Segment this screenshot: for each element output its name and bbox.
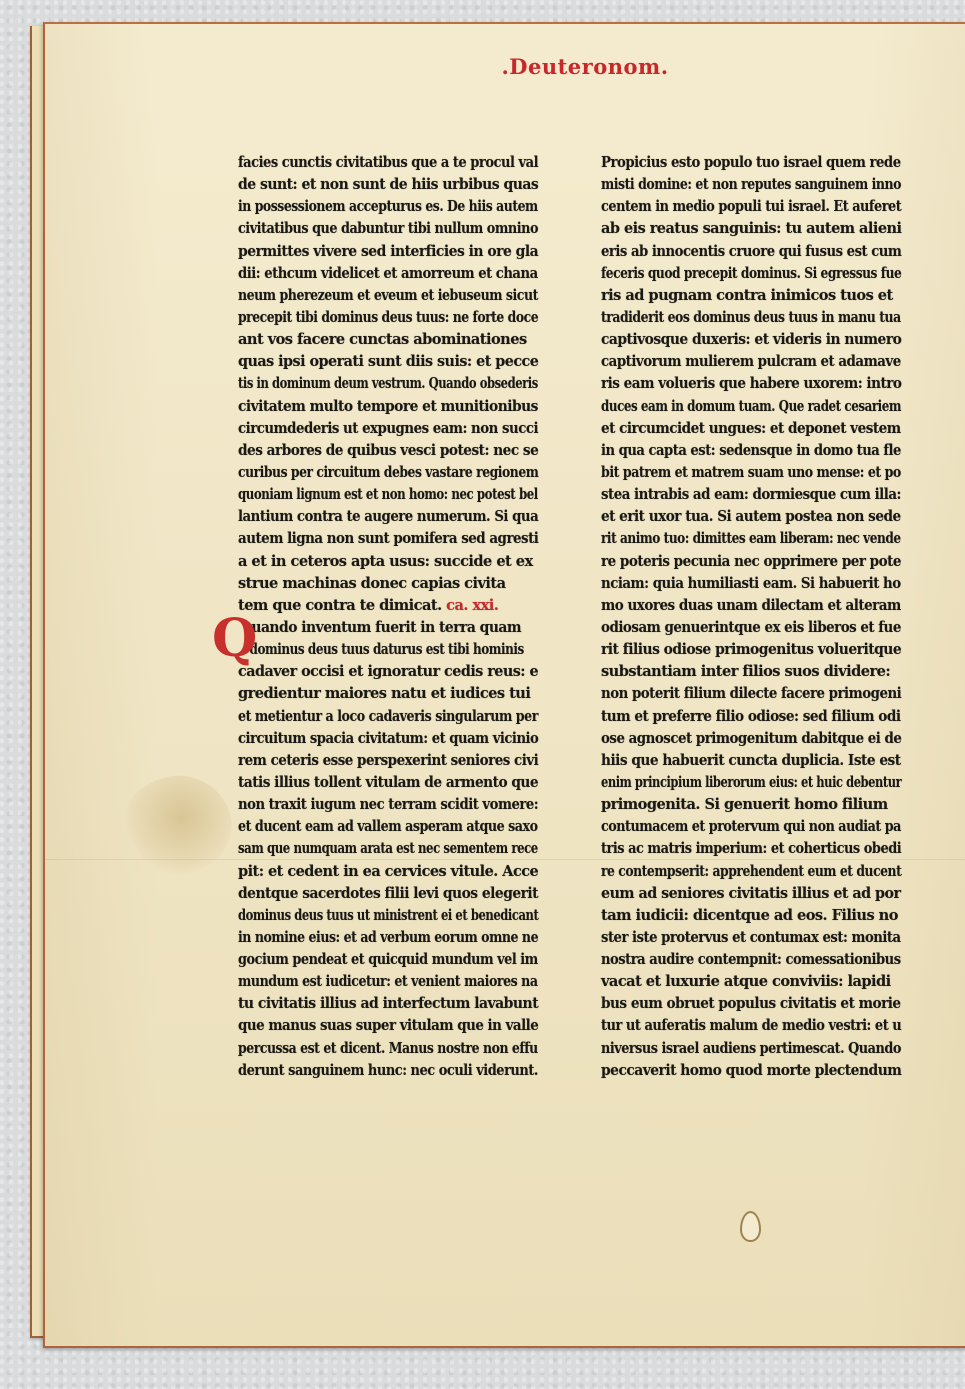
text-line: cadaver occisi et ignoratur cedis reus: … [238, 661, 533, 683]
text-line: gredientur maiores natu et iudices tui [238, 683, 538, 705]
text-line: que manus suas super vitulam que in vall… [238, 1015, 514, 1037]
text-line: gocium pendeat et quicquid mundum vel im [238, 949, 503, 971]
text-line: eum ad seniores civitatis illius et ad p… [601, 883, 895, 905]
text-line: Propicius esto populo tuo israel quem re… [601, 152, 874, 174]
text-line: centem in medio populi tui israel. Et au… [601, 196, 866, 218]
text-line: autem ligna non sunt pomifera sed agrest… [238, 528, 514, 550]
text-line: non poterit filium dilecte facere primog… [601, 683, 875, 705]
text-line: circumdederis ut expugnes eam: non succi [238, 418, 512, 440]
text-line: et erit uxor tua. Si autem postea non se… [601, 506, 881, 528]
text-line: in possessionem accepturus es. De hiis a… [238, 196, 494, 218]
text-line: captivosque duxeris: et videris in numer… [601, 329, 886, 351]
text-line: primogenita. Si genuerit homo filium [601, 794, 901, 816]
text-line: contumacem et protervum qui non audiat p… [601, 816, 863, 838]
worm-hole [740, 1211, 761, 1242]
text-line: peccaverit homo quod morte plectendum [601, 1060, 886, 1082]
text-line: in qua capta est: sedensque in domo tua … [601, 440, 871, 462]
text-line: curibus per circuitum debes vastare regi… [238, 462, 492, 484]
text-line: ant vos facere cunctas abominationes [238, 329, 538, 351]
text-line: nostra audire contempnit: comessationibu… [601, 949, 870, 971]
text-line: tatis illius tollent vitulam de armento … [238, 772, 520, 794]
text-line: re poteris pecunia nec opprimere per pot… [601, 551, 879, 573]
right-column: Propicius esto populo tuo israel quem re… [601, 152, 901, 1082]
text-line: ab eis reatus sanguinis: tu autem alieni [601, 218, 899, 240]
text-line: nciam: quia humiliasti eam. Si habuerit … [601, 573, 875, 595]
text-line: re contempserit: apprehendent eum et duc… [601, 861, 855, 883]
text-line: quas ipsi operati sunt diis suis: et pec… [238, 351, 533, 373]
text-line: derunt sanguinem hunc: nec oculi viderun… [238, 1060, 505, 1082]
chapter-mark: ca. xxi. [442, 597, 499, 614]
text-line: enim principium liberorum eius: et huic … [601, 772, 837, 794]
text-line: feceris quod precepit dominus. Si egress… [601, 263, 852, 285]
text-line: tem que contra te dimicat. ca. xxi. [238, 595, 538, 617]
text-line: mo uxores duas unam dilectam et alteram [601, 595, 879, 617]
text-line: dii: ethcum videlicet et amorreum et cha… [238, 263, 509, 285]
text-line: et ducent eam ad vallem asperam atque sa… [238, 816, 499, 838]
text-line: ster iste protervus et contumax est: mon… [601, 927, 873, 949]
text-line: civitatem multo tempore et munitionibus [238, 396, 522, 418]
text-line: niversus israel audiens pertimescat. Qua… [601, 1038, 865, 1060]
text-line: tur ut auferatis malum de medio vestri: … [601, 1015, 869, 1037]
text-line: rem ceteris esse perspexerint seniores c… [238, 750, 515, 772]
text-line: misti domine: et non reputes sanguinem i… [601, 174, 858, 196]
text-line: ris eam volueris que habere uxorem: intr… [601, 373, 881, 395]
text-line: eris ab innocentis cruore qui fusus est … [601, 241, 873, 263]
text-line: lantium contra te augere numerum. Si qua [238, 506, 512, 528]
text-line: tris ac matris imperium: et coherticus o… [601, 838, 867, 860]
running-head: .Deuteronom. [495, 54, 675, 79]
text-line: dominus deus tuus ut ministrent ei et be… [238, 905, 475, 927]
text-line: bus eum obruet populus civitatis et mori… [601, 993, 881, 1015]
text-line: ose agnoscet primogenitum dabitque ei de [601, 728, 876, 750]
text-line: tam iudicii: dicentque ad eos. Filius no [601, 905, 901, 927]
text-line: vacat et luxurie atque conviviis: lapidi [601, 971, 901, 993]
text-line: strue machinas donec capias civita [238, 573, 538, 595]
text-line: a et in ceteros apta usus: succide et ex [238, 551, 538, 573]
text-line: sam que numquam arata est nec sementem r… [238, 838, 479, 860]
text-line: stea intrabis ad eam: dormiesque cum ill… [601, 484, 876, 506]
text-line: tradiderit eos dominus deus tuus in manu… [601, 307, 857, 329]
text-line: rit filius odiose primogenitus volueritq… [601, 639, 887, 661]
text-line: dentque sacerdotes filii levi quos elege… [238, 883, 523, 905]
text-line: hiis que habuerit cuncta duplicia. Iste … [601, 750, 883, 772]
text-line: odiosam genuerintque ex eis liberos et f… [601, 617, 877, 639]
text-line: captivorum mulierem pulcram et adamave [601, 351, 876, 373]
text-line: in nomine eius: et ad verbum eorum omne … [238, 927, 496, 949]
text-line: circuitum spacia civitatum: et quam vici… [238, 728, 509, 750]
left-column: facies cunctis civitatibus que a te proc… [238, 152, 538, 1082]
water-stain [112, 756, 249, 893]
illuminated-initial: Q [212, 613, 257, 665]
manuscript-page: .Deuteronom. facies cunctis civitatibus … [43, 22, 965, 1348]
text-line: de sunt: et non sunt de hiis urbibus qua… [238, 174, 526, 196]
text-line: bit patrem et matrem suam uno mense: et … [601, 462, 860, 484]
text-line: non traxit iugum nec terram scidit vomer… [238, 794, 510, 816]
text-line: facies cunctis civitatibus que a te proc… [238, 152, 507, 174]
text-line: tum et preferre filio odiose: sed filium… [601, 706, 881, 728]
text-line: precepit tibi dominus deus tuus: ne fort… [238, 307, 492, 329]
text-line: uando inventum fuerit in terra quam [238, 617, 524, 639]
text-line: mundum est iudicetur: et venient maiores… [238, 971, 497, 993]
text-line: des arbores de quibus vesci potest: nec … [238, 440, 519, 462]
text-line: et circumcidet ungues: et deponet vestem [601, 418, 881, 440]
text-line: substantiam inter filios suos dividere: [601, 661, 901, 683]
text-line: tis in dominum deum vestrum. Quando obse… [238, 373, 475, 395]
text-line: et metientur a loco cadaveris singularum… [238, 706, 498, 728]
text-line: percussa est et dicent. Manus nostre non… [238, 1038, 494, 1060]
text-line: quoniam lignum est et non homo: nec pote… [238, 484, 480, 506]
text-line: duces eam in domum tuam. Que radet cesar… [601, 396, 846, 418]
text-line: pit: et cedent in ea cervices vitule. Ac… [238, 861, 536, 883]
text-line: tu civitatis illius ad interfectum lavab… [238, 993, 526, 1015]
text-line: civitatibus que dabuntur tibi nullum omn… [238, 218, 501, 240]
text-line: neum pherezeum et eveum et iebuseum sicu… [238, 285, 496, 307]
text-line: dominus deus tuus daturus est tibi homin… [238, 639, 485, 661]
text-line: rit animo tuo: dimittes eam liberam: nec… [601, 528, 850, 550]
text-line: permittes vivere sed interficies in ore … [238, 241, 525, 263]
text-line: ris ad pugnam contra inimicos tuos et [601, 285, 901, 307]
